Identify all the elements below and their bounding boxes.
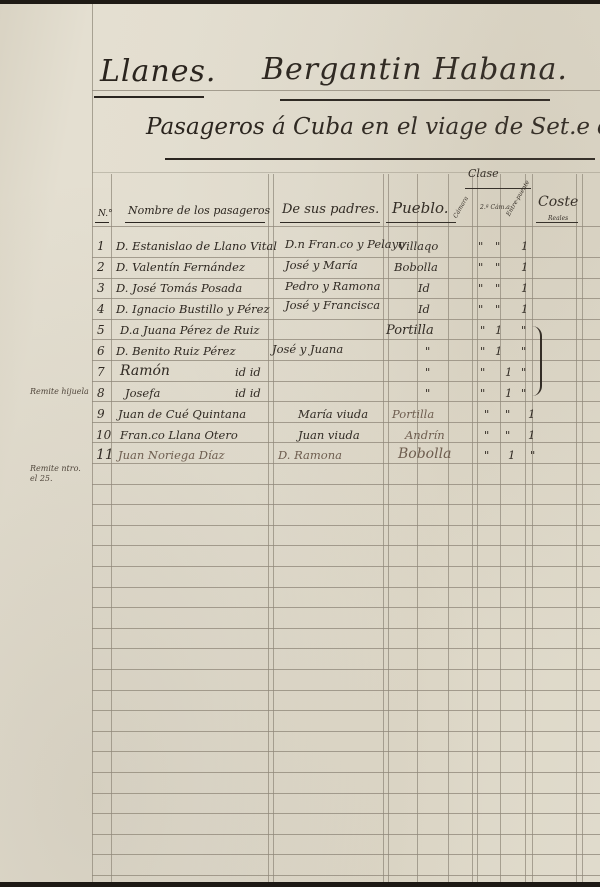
class-2: 1 [495,344,502,358]
table-row: 3 D. José Tomás Posada Pedro y Ramona Id… [0,279,600,299]
table-row: 2 D. Valentín Fernández José y María Bob… [0,258,600,278]
class-2: " [495,302,500,316]
parents: id id [235,365,261,379]
ruled-line [92,669,600,670]
parents: D. Ramona [278,448,342,462]
ruled-line [92,772,600,773]
table-row: 8 Josefa id id " " 1 " [0,384,600,404]
vessel-underline [280,99,550,101]
parents: Juan viuda [298,428,360,442]
row-number: 5 [97,323,105,337]
ledger-page: Llanes. Bergantin Habana. Pasageros á Cu… [0,4,600,882]
row-number: 2 [97,260,105,274]
ruled-line [92,710,600,711]
margin-note-row-8: Remite hijuela [30,387,89,396]
table-row: 7 Ramón id id " " 1 " [0,363,600,383]
class-3: " [521,386,526,400]
row-number: 11 [96,447,114,463]
class-1: " [484,428,489,442]
ruled-line [92,648,600,649]
ruled-line [92,504,600,505]
ruled-line [92,525,600,526]
header-name: Nombre de los pasageros [128,204,270,217]
ruled-line [92,731,600,732]
class-2: 1 [505,365,512,379]
town: Portilla [392,407,434,421]
passenger-name: D. Valentín Fernández [116,260,245,274]
passenger-name: D. Ignacio Bustillo y Pérez [116,302,270,316]
class-3: 1 [521,281,528,295]
class-1: " [484,407,489,421]
header-cost-unit: Reales [548,215,568,222]
class-3: 1 [521,302,528,316]
class-3: 1 [528,428,535,442]
header-class-2: 2.ª Cám.a [480,204,510,211]
class-3: 1 [528,407,535,421]
row-number: 7 [97,365,105,379]
passenger-name: D. José Tomás Posada [116,281,242,295]
table-row: 9 Juan de Cué Quintana María viuda Porti… [0,405,600,425]
header-town: Pueblo. [392,199,449,217]
passenger-name: D.a Juana Pérez de Ruiz [120,323,259,337]
class-3: " [521,323,526,337]
row-number: 6 [97,344,105,358]
class-1: " [480,344,485,358]
class-2: 1 [495,323,502,337]
row-number: 4 [97,302,105,316]
class-2: " [495,239,500,253]
passenger-name: D. Benito Ruiz Pérez [116,344,236,358]
table-row: 5 D.a Juana Pérez de Ruiz Portilla " 1 " [0,321,600,341]
row-number: 3 [97,281,105,295]
passenger-name: Juan de Cué Quintana [118,407,246,421]
passenger-name: Fran.co Llana Otero [120,428,238,442]
ruled-line [92,545,600,546]
header-cost: Coste [538,194,578,210]
table-row: 10 Fran.co Llana Otero Juan viuda Andrín… [0,426,600,446]
town: Id [418,281,430,295]
parents: José y Juana [272,342,343,356]
class-1: " [478,239,483,253]
parents: María viuda [298,407,368,421]
ruled-line [92,628,600,629]
table-row: 4 D. Ignacio Bustillo y Pérez José y Fra… [0,300,600,320]
row-number: 8 [97,386,105,400]
parents: Pedro y Ramona [285,279,381,293]
class-1: " [480,365,485,379]
header-class-group: Clase [468,167,499,180]
class-3: " [521,344,526,358]
header-parents: De sus padres. [282,202,379,217]
ruled-line [92,793,600,794]
ruled-line [92,607,600,608]
parents: José y María [285,258,358,272]
class-2: " [505,428,510,442]
table-row: 6 D. Benito Ruiz Pérez José y Juana " " … [0,342,600,362]
class-2: 1 [508,448,515,462]
town: Andrín [405,428,445,442]
parents: José y Francisca [285,298,380,312]
ruled-line [92,813,600,814]
town: " [425,386,430,400]
town: Villaqo [398,239,438,253]
class-2: " [495,260,500,274]
family-group-brace [532,326,542,396]
passenger-name: D. Estanislao de Llano Vital [116,239,277,253]
ruled-line [92,484,600,485]
ruled-line [92,834,600,835]
town: Portilla [386,323,434,338]
parents: D.n Fran.co y Pelayo [285,237,405,251]
town: Bobolla [394,260,438,274]
ruled-line [92,690,600,691]
town: " [425,365,430,379]
ruled-line [92,566,600,567]
class-2: " [495,281,500,295]
row-number: 10 [96,428,111,442]
class-1: " [480,323,485,337]
ruled-line [92,751,600,752]
class-1: " [478,281,483,295]
origin-underline [94,96,204,98]
header-class-1: Cámara [452,195,470,219]
class-1: " [478,302,483,316]
ruled-line [92,854,600,855]
class-3: " [521,365,526,379]
class-3: 1 [521,260,528,274]
class-1: " [478,260,483,274]
passenger-name: Josefa [125,386,160,400]
margin-note-row-11: Remite ntro. el 25. [30,464,85,484]
ruled-line [92,875,600,876]
parents: id id [235,386,261,400]
town: Bobolla [398,446,451,462]
town: " [425,344,430,358]
class-1: " [484,448,489,462]
row-number: 9 [97,407,105,421]
table-row: 1 D. Estanislao de Llano Vital D.n Fran.… [0,237,600,257]
class-3: 1 [521,239,528,253]
header-number: N.° [98,209,113,219]
subtitle-underline [165,158,595,160]
class-1: " [480,386,485,400]
row-number: 1 [97,239,105,253]
ruled-line [92,587,600,588]
header-class-3: Entre-puente [505,179,531,217]
passenger-name: Juan Noriega Díaz [118,448,225,462]
origin-title: Llanes. [100,54,216,89]
town: Id [418,302,430,316]
voyage-subtitle: Pasageros á Cuba en el viage de Set.e de… [146,114,600,140]
class-3: " [530,448,535,462]
vessel-title: Bergantin Habana. [262,52,568,87]
passenger-name: Ramón [120,363,170,379]
class-2: 1 [505,386,512,400]
table-row: 11 Juan Noriega Díaz D. Ramona Bobolla "… [0,446,600,466]
class-2: " [505,407,510,421]
